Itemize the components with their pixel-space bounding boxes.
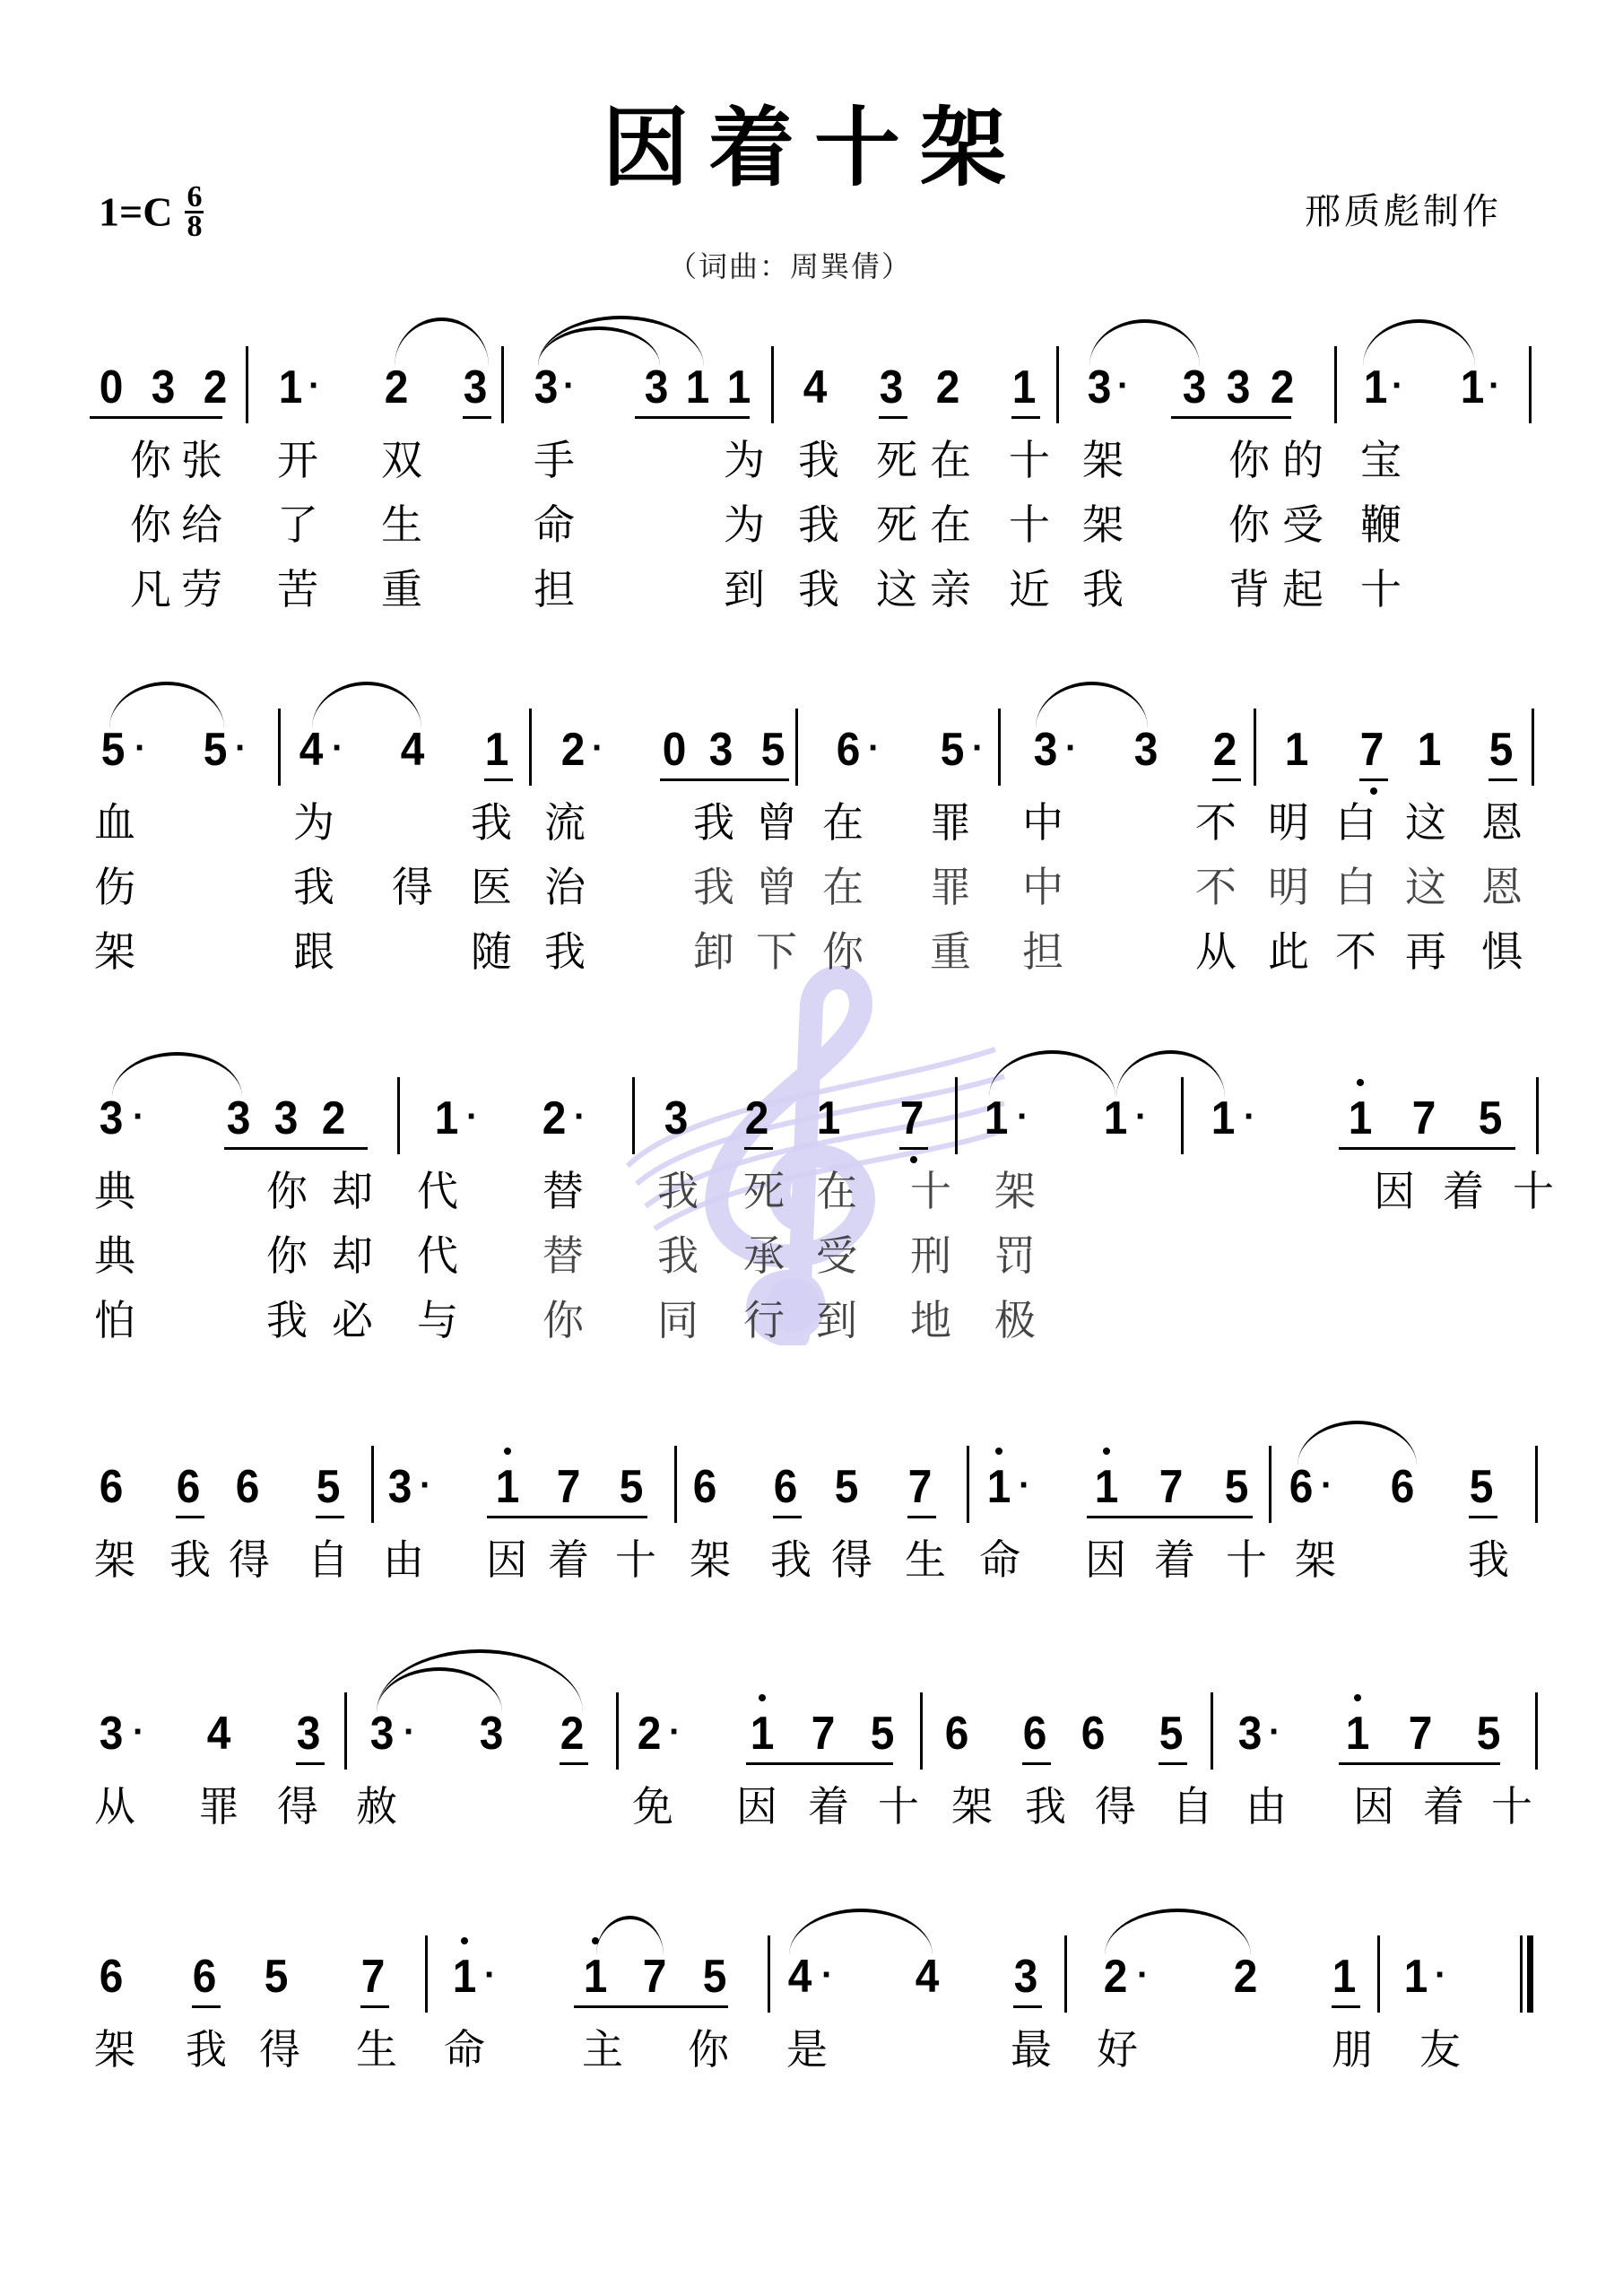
- note: 7: [357, 1953, 390, 2000]
- bar-line: [425, 1935, 428, 2013]
- lyric-char: 我: [1020, 1786, 1071, 1827]
- arranger-credit: 邢质彪制作: [1305, 194, 1502, 230]
- lyric-char: 你: [262, 1170, 312, 1212]
- bar-line: [1529, 346, 1532, 423]
- note: 7: [1408, 1095, 1441, 1142]
- lyric-char: 明: [1263, 802, 1314, 843]
- lyric-char: 朋: [1327, 2029, 1377, 2070]
- note: 2: [538, 1095, 571, 1142]
- lyric-char: 给: [177, 504, 227, 545]
- note: 7: [638, 1953, 672, 2000]
- note: 1: [491, 1464, 525, 1510]
- note: 6: [1019, 1710, 1052, 1757]
- lyric-char: 十: [906, 1170, 956, 1212]
- lyric-char: 你: [683, 2029, 733, 2070]
- lyric-char: 到: [811, 1300, 862, 1341]
- note: 1: [1400, 1953, 1433, 2000]
- lyric-char: 我: [689, 802, 739, 843]
- lyric-char: 因: [1349, 1786, 1399, 1827]
- lyric-char: 到: [719, 569, 769, 610]
- lyric-char: 最: [1006, 2029, 1056, 2070]
- lyric-char: 卸: [689, 931, 739, 972]
- augmentation-dot: ·: [1065, 730, 1077, 766]
- note: 5: [97, 726, 130, 773]
- eighth-note-underline: [176, 1516, 204, 1518]
- final-bar-thick: [1527, 1935, 1533, 2013]
- lyric-char: 死: [872, 504, 922, 545]
- bar-line: [1254, 709, 1256, 786]
- lyric-char: 下: [751, 931, 802, 972]
- high-octave-dot: [504, 1448, 511, 1455]
- lyric-char: 我: [262, 1300, 312, 1341]
- lyric-char: 这: [872, 569, 922, 610]
- note: 0: [658, 726, 691, 773]
- note: 5: [699, 1953, 732, 2000]
- lyric-char: 开: [273, 439, 323, 481]
- note: 4: [295, 726, 328, 773]
- bar-line: [529, 709, 532, 786]
- bar-line: [768, 1935, 770, 2013]
- lyric-char: 近: [1004, 569, 1055, 610]
- eighth-note-underline: [192, 2005, 221, 2008]
- note: 3: [384, 1464, 417, 1510]
- eighth-note-underline: [660, 778, 789, 781]
- eighth-note-underline: [487, 1516, 647, 1518]
- eighth-note-underline: [879, 416, 907, 419]
- bar-line: [771, 346, 774, 423]
- lyricist-composer-credit: （词曲：周巽倩）: [668, 252, 912, 281]
- note: 1: [1099, 1095, 1133, 1142]
- note: 3: [475, 1710, 508, 1757]
- lyric-char: 刑: [906, 1235, 956, 1276]
- note: 1: [1328, 1953, 1361, 2000]
- lyric-char: 架: [1078, 504, 1128, 545]
- tie-slur: [395, 317, 489, 366]
- lyric-char: 好: [1092, 2029, 1142, 2070]
- eighth-note-underline: [463, 416, 491, 419]
- lyric-char: 我: [540, 931, 590, 972]
- note: 6: [1077, 1710, 1110, 1757]
- lyric-char: 我: [165, 1539, 215, 1580]
- lyric-char: 从: [1191, 931, 1241, 972]
- note: 7: [1155, 1464, 1188, 1510]
- augmentation-dot: ·: [821, 1957, 833, 1993]
- lyric-char: 着: [803, 1786, 854, 1827]
- lyric-char: 却: [327, 1235, 378, 1276]
- note: 1: [430, 1095, 464, 1142]
- lyric-char: 为: [719, 504, 769, 545]
- lyric-char: 极: [990, 1300, 1040, 1341]
- tie-slur: [1298, 1421, 1417, 1465]
- augmentation-dot: ·: [420, 1467, 431, 1503]
- lyric-char: 在: [925, 504, 976, 545]
- lyric-char: 同: [653, 1300, 703, 1341]
- lyric-char: 怕: [90, 1300, 140, 1341]
- lyric-char: 得: [224, 1539, 274, 1580]
- lyric-char: 了: [273, 504, 323, 545]
- eighth-note-underline: [1488, 778, 1517, 781]
- lyric-char: 为: [289, 802, 339, 843]
- note: 3: [1083, 364, 1116, 411]
- note: 6: [832, 726, 865, 773]
- lyric-char: 伤: [90, 866, 140, 908]
- treble-clef-icon: [619, 951, 1013, 1345]
- time-signature-bottom: 8: [185, 213, 204, 240]
- bar-line: [278, 709, 281, 786]
- augmentation-dot: ·: [868, 730, 880, 766]
- note: 6: [188, 1953, 221, 2000]
- lyric-char: 着: [543, 1539, 594, 1580]
- high-octave-dot: [1103, 1448, 1110, 1455]
- lyric-char: 十: [1508, 1170, 1558, 1212]
- eighth-note-underline: [773, 1516, 802, 1518]
- lyric-char: 罪: [925, 802, 976, 843]
- bar-line: [1056, 346, 1059, 423]
- augmentation-dot: ·: [1137, 1957, 1149, 1993]
- lyric-char: 十: [611, 1539, 661, 1580]
- lyric-char: 惧: [1477, 931, 1527, 972]
- note: 2: [932, 364, 965, 411]
- lyric-char: 我: [794, 504, 844, 545]
- lyric-char: 劳: [177, 569, 227, 610]
- eighth-note-underline: [484, 778, 513, 781]
- lyric-char: 得: [1090, 1786, 1141, 1827]
- lyric-char: 赦: [352, 1786, 402, 1827]
- lyric-char: 为: [719, 439, 769, 481]
- augmentation-dot: ·: [133, 1099, 144, 1135]
- note: 1: [274, 364, 308, 411]
- augmentation-dot: ·: [133, 1714, 144, 1750]
- lyric-char: 在: [818, 866, 868, 908]
- eighth-note-underline: [360, 2005, 389, 2008]
- lyric-char: 在: [818, 802, 868, 843]
- note: 2: [556, 1710, 589, 1757]
- lyric-char: 十: [1487, 1786, 1537, 1827]
- note: 1: [1280, 726, 1314, 773]
- note: 5: [1474, 1095, 1507, 1142]
- note: 5: [312, 1464, 345, 1510]
- note: 2: [380, 364, 413, 411]
- note: 1: [681, 364, 715, 411]
- lyric-char: 担: [529, 569, 579, 610]
- lyric-char: 不: [1191, 866, 1241, 908]
- tie-slur: [789, 1909, 933, 1955]
- lyric-char: 治: [540, 866, 590, 908]
- note: 3: [530, 364, 563, 411]
- lyric-char: 架: [947, 1786, 997, 1827]
- augmentation-dot: ·: [404, 1714, 415, 1750]
- lyric-char: 罪: [925, 866, 976, 908]
- tie-slur: [1116, 1050, 1225, 1097]
- bar-line: [1269, 1446, 1271, 1523]
- lyric-char: 得: [273, 1786, 323, 1827]
- note: 6: [172, 1464, 205, 1510]
- lyric-char: 架: [1078, 439, 1128, 481]
- tie-slur: [1105, 1909, 1251, 1955]
- lyric-char: 因: [1081, 1539, 1131, 1580]
- augmentation-dot: ·: [1017, 1099, 1028, 1135]
- lyric-char: 我: [653, 1170, 703, 1212]
- lyric-char: 中: [1018, 866, 1068, 908]
- note: 3: [1130, 726, 1163, 773]
- lyric-char: 地: [906, 1300, 956, 1341]
- lyric-char: 罪: [194, 1786, 244, 1827]
- note: 5: [1485, 726, 1518, 773]
- lyric-char: 着: [1438, 1170, 1488, 1212]
- lyric-char: 架: [90, 2029, 140, 2070]
- bar-line: [795, 709, 798, 786]
- note: 7: [1404, 1710, 1437, 1757]
- note: 4: [911, 1953, 944, 2000]
- augmentation-dot: ·: [135, 730, 146, 766]
- eighth-note-underline: [1013, 2005, 1042, 2008]
- bar-line: [1535, 1692, 1538, 1770]
- augmentation-dot: ·: [1019, 1467, 1030, 1503]
- tie-slur: [1363, 319, 1475, 366]
- augmentation-dot: ·: [592, 730, 603, 766]
- lyric-char: 生: [352, 2029, 402, 2070]
- note: 6: [95, 1953, 128, 2000]
- eighth-note-underline: [574, 2005, 728, 2008]
- lyric-char: 架: [685, 1539, 735, 1580]
- score-page: 因着十架 1=C 6 8 邢质彪制作 （词曲：周巽倩） 0321·233·311…: [0, 0, 1623, 2296]
- lyric-char: 你: [1224, 439, 1274, 481]
- lyric-char: 十: [873, 1786, 924, 1827]
- lyric-char: 曾: [751, 802, 802, 843]
- lyric-char: 代: [412, 1235, 463, 1276]
- note: 1: [746, 1710, 779, 1757]
- lyric-char: 行: [739, 1300, 789, 1341]
- song-title: 因着十架: [603, 105, 1026, 191]
- lyric-char: 我: [794, 439, 844, 481]
- lyric-char: 自: [1167, 1786, 1218, 1827]
- lyric-char: 不: [1331, 931, 1381, 972]
- augmentation-dot: ·: [235, 730, 247, 766]
- lyric-char: 白: [1331, 866, 1381, 908]
- note: 7: [807, 1710, 840, 1757]
- lyric-char: 代: [412, 1170, 463, 1212]
- eighth-note-underline: [744, 1147, 773, 1150]
- bar-line: [1535, 1446, 1538, 1523]
- key-signature: 1=C 6 8: [99, 184, 204, 240]
- lyric-char: 你: [538, 1300, 588, 1341]
- note: 2: [1099, 1953, 1133, 2000]
- bar-line: [246, 346, 248, 423]
- note: 3: [1234, 1710, 1267, 1757]
- lyric-char: 由: [1241, 1786, 1291, 1827]
- low-octave-dot: [1370, 787, 1377, 795]
- note: 1: [1090, 1464, 1124, 1510]
- lyric-char: 着: [1419, 1786, 1469, 1827]
- note: 1: [579, 1953, 612, 2000]
- lyric-char: 我: [181, 2029, 231, 2070]
- eighth-note-underline: [560, 1762, 588, 1765]
- lyric-char: 典: [90, 1170, 140, 1212]
- note: 2: [1209, 726, 1242, 773]
- note: 5: [1472, 1710, 1506, 1757]
- note: 1: [983, 1464, 1016, 1510]
- lyric-char: 得: [387, 866, 438, 908]
- bar-line: [998, 709, 1001, 786]
- lyric-char: 着: [1150, 1539, 1200, 1580]
- eighth-note-underline: [1022, 1762, 1051, 1765]
- eighth-note-underline: [1339, 1762, 1500, 1765]
- final-bar-thin: [1520, 1935, 1523, 2013]
- note: 5: [615, 1464, 648, 1510]
- augmentation-dot: ·: [466, 1099, 478, 1135]
- lyric-char: 主: [577, 2029, 628, 2070]
- tie-slur: [377, 1649, 583, 1712]
- tie-slur: [112, 1052, 242, 1097]
- bar-line: [1532, 709, 1534, 786]
- lyric-char: 替: [538, 1235, 588, 1276]
- augmentation-dot: ·: [1321, 1467, 1332, 1503]
- lyric-char: 受: [1278, 504, 1328, 545]
- note: 3: [292, 1710, 325, 1757]
- eighth-note-underline: [899, 1147, 928, 1150]
- bar-line: [616, 1692, 619, 1770]
- augmentation-dot: ·: [1244, 1099, 1255, 1135]
- note: 4: [784, 1953, 817, 2000]
- lyric-char: 命: [439, 2029, 490, 2070]
- bar-line: [1211, 1692, 1213, 1770]
- note: 1: [1341, 1710, 1375, 1757]
- eighth-note-underline: [90, 416, 222, 419]
- eighth-note-underline: [1171, 416, 1291, 419]
- bar-line: [674, 1446, 677, 1523]
- lyric-char: 苦: [273, 569, 323, 610]
- note: 3: [705, 726, 738, 773]
- note: 5: [757, 726, 790, 773]
- lyric-char: 白: [1331, 802, 1381, 843]
- note: 3: [270, 1095, 303, 1142]
- lyric-char: 你: [818, 931, 868, 972]
- eighth-note-underline: [1087, 1516, 1253, 1518]
- eighth-note-underline: [296, 1762, 325, 1765]
- bar-line: [1064, 1935, 1067, 2013]
- lyric-char: 架: [990, 1170, 1040, 1212]
- tie-slur: [109, 682, 224, 728]
- lyric-char: 流: [540, 802, 590, 843]
- lyric-char: 鞭: [1356, 504, 1406, 545]
- lyric-char: 与: [412, 1300, 463, 1341]
- lyric-char: 死: [739, 1170, 789, 1212]
- lyric-char: 受: [811, 1235, 862, 1276]
- lyric-char: 明: [1263, 866, 1314, 908]
- lyric-char: 曾: [751, 866, 802, 908]
- note: 1: [1207, 1095, 1240, 1142]
- low-octave-dot: [910, 1156, 917, 1163]
- lyric-char: 十: [1356, 569, 1406, 610]
- note: 3: [95, 1095, 128, 1142]
- lyric-char: 这: [1401, 866, 1451, 908]
- note: 2: [557, 726, 590, 773]
- lyric-char: 命: [975, 1539, 1025, 1580]
- note: 5: [866, 1710, 899, 1757]
- lyric-char: 典: [90, 1235, 140, 1276]
- note: 5: [260, 1953, 293, 2000]
- note: 6: [231, 1464, 265, 1510]
- note: 6: [1386, 1464, 1419, 1510]
- note: 1: [1359, 364, 1393, 411]
- augmentation-dot: ·: [669, 1714, 681, 1750]
- note: 3: [459, 364, 492, 411]
- eighth-note-underline: [1469, 1516, 1497, 1518]
- augmentation-dot: ·: [1135, 1099, 1147, 1135]
- augmentation-dot: ·: [1117, 368, 1129, 404]
- note: 5: [199, 726, 232, 773]
- note: 6: [769, 1464, 803, 1510]
- augmentation-dot: ·: [484, 1957, 496, 1993]
- lyric-char: 你: [262, 1235, 312, 1276]
- tie-slur: [989, 1050, 1115, 1097]
- note: 3: [1010, 1953, 1043, 2000]
- time-signature: 6 8: [185, 184, 204, 240]
- eighth-note-underline: [316, 1516, 344, 1518]
- lyric-char: 背: [1224, 569, 1274, 610]
- lyric-char: 我: [766, 1539, 816, 1580]
- note: 2: [1229, 1953, 1263, 2000]
- lyric-char: 我: [689, 866, 739, 908]
- note: 4: [203, 1710, 236, 1757]
- note: 3: [147, 364, 180, 411]
- key-label: 1=C: [99, 189, 172, 235]
- bar-line: [967, 1446, 969, 1523]
- lyric-char: 我: [289, 866, 339, 908]
- tie-slur: [596, 1916, 664, 1955]
- augmentation-dot: ·: [574, 1099, 586, 1135]
- lyric-char: 十: [1221, 1539, 1271, 1580]
- note: 0: [95, 364, 128, 411]
- tie-slur: [312, 682, 421, 728]
- lyric-char: 我: [1078, 569, 1128, 610]
- tie-slur: [1089, 319, 1200, 366]
- augmentation-dot: ·: [308, 368, 320, 404]
- note: 5: [1465, 1464, 1498, 1510]
- note: 3: [95, 1710, 128, 1757]
- note: 3: [222, 1095, 256, 1142]
- note: 3: [1222, 364, 1255, 411]
- lyric-char: 命: [529, 504, 579, 545]
- lyric-char: 却: [327, 1170, 378, 1212]
- note: 1: [481, 726, 514, 773]
- lyric-char: 担: [1018, 931, 1068, 972]
- bar-line: [1536, 1077, 1539, 1154]
- lyric-char: 在: [811, 1170, 862, 1212]
- lyric-char: 跟: [289, 931, 339, 972]
- note: 7: [896, 1095, 929, 1142]
- lyric-char: 宝: [1356, 439, 1406, 481]
- lyric-char: 你: [126, 439, 176, 481]
- note: 5: [830, 1464, 864, 1510]
- eighth-note-underline: [1359, 778, 1388, 781]
- note: 2: [317, 1095, 351, 1142]
- augmentation-dot: ·: [1435, 1957, 1446, 1993]
- lyric-char: 我: [653, 1235, 703, 1276]
- bar-line: [1334, 346, 1337, 423]
- lyric-char: 起: [1278, 569, 1328, 610]
- lyric-char: 的: [1278, 439, 1328, 481]
- eighth-note-underline: [746, 1762, 893, 1765]
- lyric-char: 架: [90, 931, 140, 972]
- note: 3: [1178, 364, 1211, 411]
- note: 3: [660, 1095, 693, 1142]
- lyric-char: 不: [1191, 802, 1241, 843]
- bar-line: [371, 1446, 374, 1523]
- eighth-note-underline: [1212, 778, 1241, 781]
- note: 7: [1356, 726, 1389, 773]
- lyric-char: 自: [303, 1539, 353, 1580]
